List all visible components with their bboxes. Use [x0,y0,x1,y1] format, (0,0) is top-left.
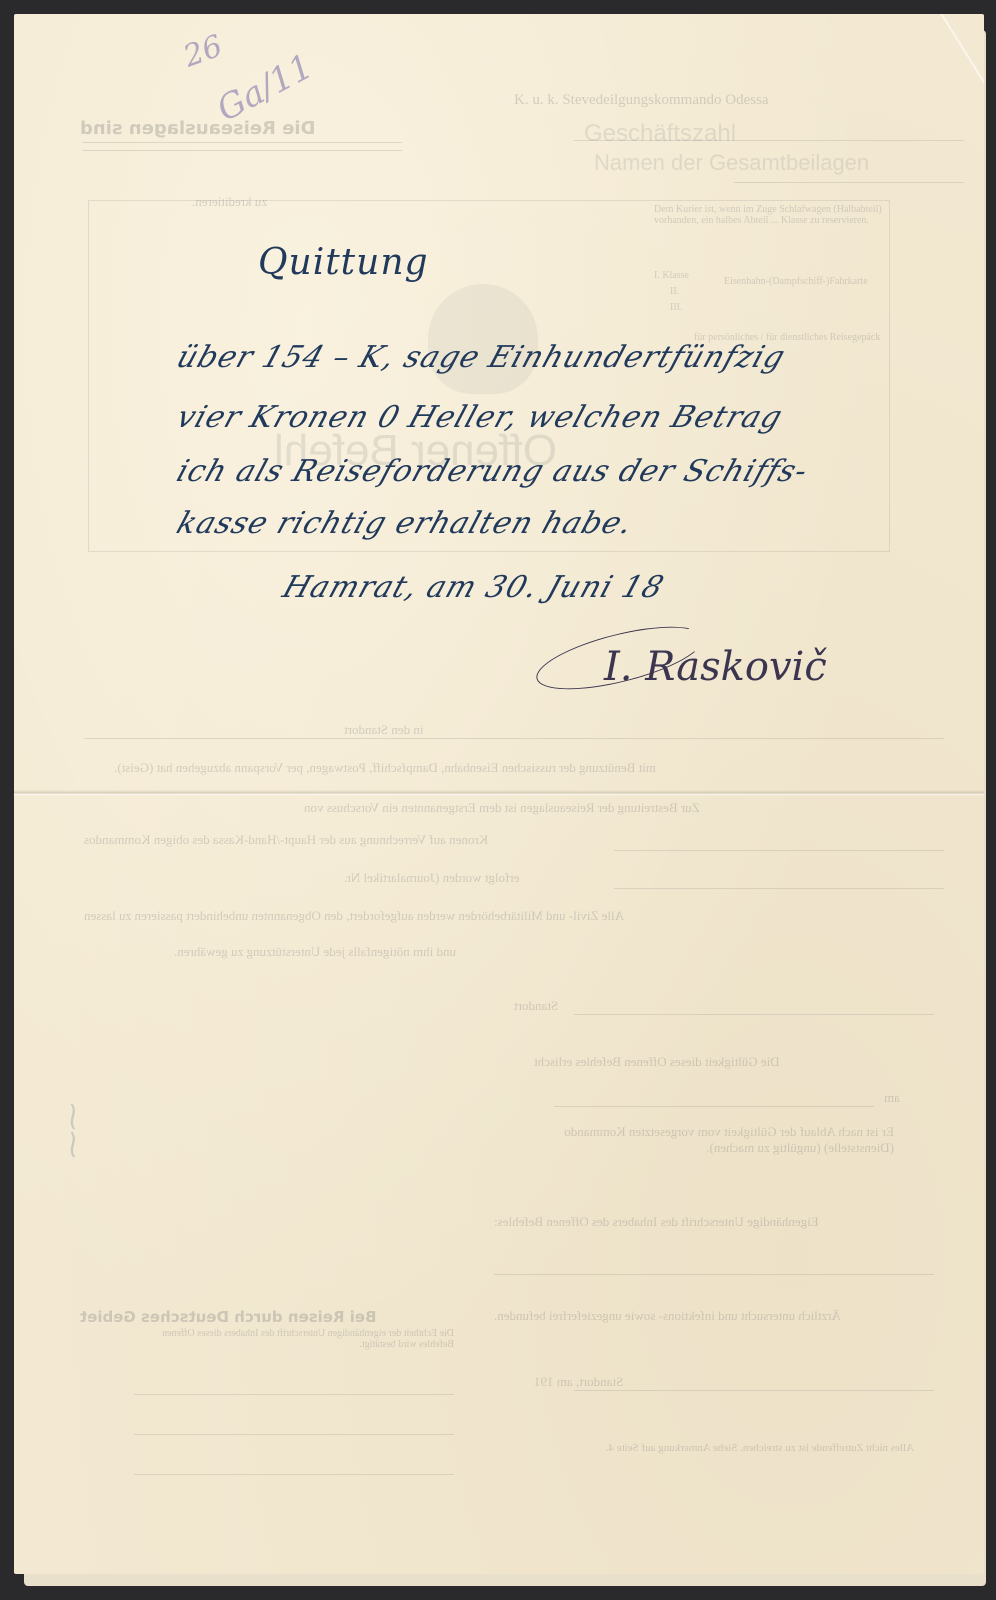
ghost-form-line: erfolgt worden (Journalartikel Nr. [344,870,519,886]
ghost-class-3: III. [670,302,683,313]
horizontal-fold [14,790,984,796]
ghost-rule [134,1474,454,1475]
ghost-form-line: Zur Bestreitung der Reiseauslagen ist de… [304,800,700,816]
ghost-form-box-text-2: Eisenbahn-(Dampfschiff-)Fahrkarte [724,276,868,287]
ghost-coat-of-arms [428,284,538,394]
ghost-form-line: Er ist nach Ablauf der Gültigkeit vom vo… [494,1124,894,1156]
receipt-line-1: über 154 – K, sage Einhundertfünfzig [172,340,790,375]
ghost-rule [134,1434,454,1435]
ghost-rule [82,150,402,151]
ghost-rule [614,850,944,851]
ghost-rule [494,1274,934,1275]
ghost-header-left: Die Reiseauslagen sind [80,118,316,139]
ghost-form-line: in den Standort [344,722,423,738]
ghost-form-line: Eigenhändige Unterschrift des Inhabers d… [494,1214,819,1230]
ghost-class-1: I. Klasse [654,270,689,281]
ghost-header-right-2: Geschäftszahl [584,120,736,148]
ghost-footer-left-sub: Die Echtheit der eigenhändigen Unterschr… [134,1328,454,1350]
corner-crease [934,14,984,114]
ghost-header-right: K. u. k. Stevedeilgungskommando Odessa [514,92,769,109]
ghost-rule [614,888,944,889]
ghost-form-box-text-1: Dem Kurier ist, wenn im Zuge Schlafwagen… [654,204,884,226]
ghost-form-line: Kronen auf Verrechnung aus der Haupt-/Ha… [84,832,488,848]
receipt-title: Quittung [258,242,429,283]
ghost-form-line: Alle Zivil- und Militärbehörden werden a… [84,908,624,924]
ghost-form-line: Standort, am 191 [534,1374,623,1390]
receipt-line-3: ich als Reiseforderung aus der Schiffs- [172,454,812,489]
ghost-vertical-stamp: ⁓⁓ [56,1103,89,1159]
ghost-form-line: Standort [514,998,558,1014]
ghost-header-right-3: Namen der Gesamtbeilagen [594,150,869,176]
ghost-class-2: II. [670,286,679,297]
ghost-rule [82,142,402,143]
ghost-form-line: Ärztlich untersucht und infektions- sowi… [494,1308,841,1324]
ghost-rule [84,738,944,739]
ghost-rule [574,1014,934,1015]
ghost-rule [574,1390,934,1391]
receipt-line-4: kasse richtig erhalten habe. [172,506,637,541]
document-page: Die Reiseauslagen sind zu kreditieren. K… [14,14,984,1574]
ghost-form-line: und ihm nötigenfalls jede Unterstützung … [174,944,456,960]
receipt-line-2: vier Kronen 0 Heller, welchen Betrag [172,400,787,435]
ghost-footer-left: Bei Reisen durch Deutsches Gebiet [80,1308,376,1326]
pencil-number: 26 [179,29,227,75]
ghost-rule [734,182,964,183]
ghost-form-line: mit Benützung der russischen Eisenbahn, … [114,760,656,776]
signature: I. Raskovič [604,644,827,690]
ghost-form-line: Alles nicht Zutreffende ist zu streichen… [574,1442,914,1454]
ghost-rule [554,1106,874,1107]
ghost-rule [134,1394,454,1395]
ghost-form-line: am [884,1090,900,1106]
ghost-form-line: Die Gültigkeit dieses Offenen Befehles e… [534,1054,780,1070]
receipt-place-date: Hamrat, am 30. Juni 18 [278,570,668,605]
